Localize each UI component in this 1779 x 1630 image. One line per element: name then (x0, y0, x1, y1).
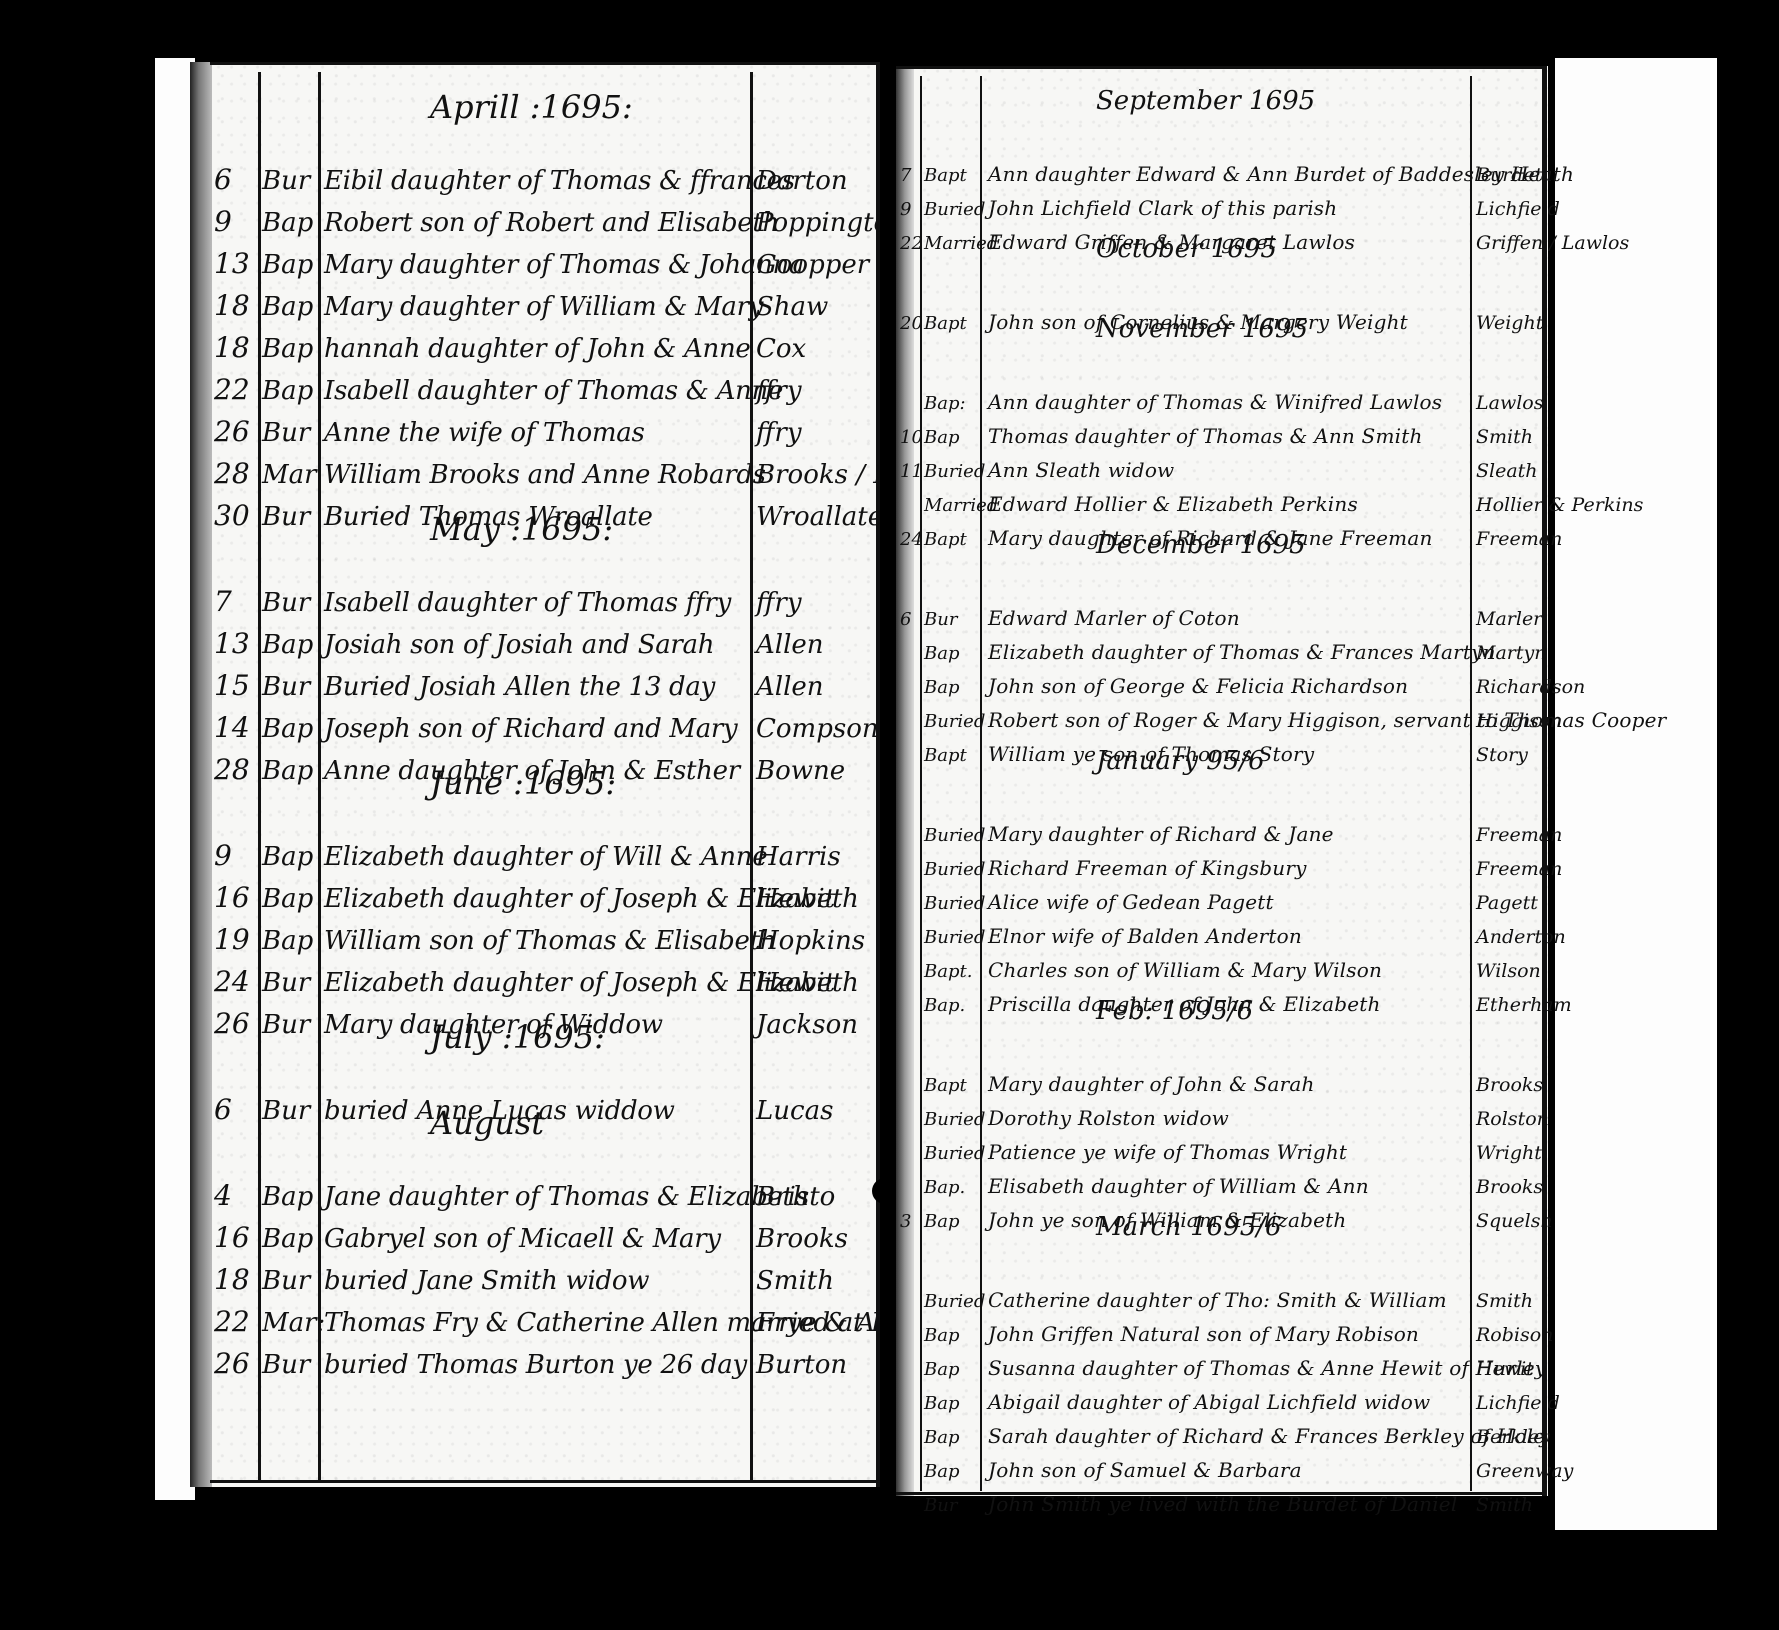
entry-text: buried Thomas Burton ye 26 day (324, 1350, 744, 1380)
register-entry-row: 16BapElizabeth daughter of Joseph & Eliz… (190, 878, 880, 918)
entry-type: Mar (262, 460, 317, 490)
register-entry-row: 13BapJosiah son of Josiah and SarahAllen (190, 624, 880, 664)
entry-surname: Bristo (756, 1182, 835, 1212)
entry-surname: Anderton (1476, 926, 1566, 948)
entry-type: Buried (924, 461, 985, 482)
entry-text: Edward Marler of Coton (988, 606, 1240, 630)
entry-type: Bap (262, 1182, 313, 1212)
entry-text: Josiah son of Josiah and Sarah (324, 630, 714, 660)
entry-type: Buried (924, 825, 985, 846)
entry-type: Bur (262, 968, 310, 998)
entry-type: Bur (262, 672, 310, 702)
entry-type: Bap (262, 884, 313, 914)
entry-text: Sarah daughter of Richard & Frances Berk… (988, 1424, 1468, 1448)
entry-day: 24 (900, 529, 923, 550)
month-heading: January 95/6 (1096, 746, 1265, 776)
entry-type: Bapt (924, 1075, 967, 1096)
entry-type: Bap (924, 1393, 959, 1414)
entry-day: 22 (214, 1305, 250, 1338)
entry-surname: Smith (1476, 426, 1533, 448)
entry-day: 26 (214, 1347, 250, 1380)
entry-surname: Harris (756, 842, 841, 872)
entry-text: Ann daughter Edward & Ann Burdet of Badd… (988, 162, 1468, 186)
entry-type: Bap. (924, 1177, 965, 1198)
entry-type: Bur (262, 166, 310, 196)
entry-type: Bap (262, 1224, 313, 1254)
entry-surname: Hopkins (756, 926, 865, 956)
entry-surname: Martyn (1476, 642, 1546, 664)
entry-text: Elizabeth daughter of Joseph & Elizabeth (324, 968, 744, 998)
entry-day: 13 (214, 247, 250, 280)
entry-type: Bapt (924, 165, 967, 186)
entry-type: Buried (924, 893, 985, 914)
entry-day: 6 (214, 163, 232, 196)
entry-type: Bap (924, 643, 959, 664)
entry-surname: Smith (1476, 1494, 1533, 1516)
book-spine (880, 50, 896, 1500)
month-heading: Feb: 1695/6 (1096, 996, 1253, 1026)
register-entry-row: 14BapJoseph son of Richard and MaryComps… (190, 708, 880, 748)
entry-text: Isabell daughter of Thomas & Anne (324, 376, 744, 406)
entry-type: Bapt. (924, 961, 972, 982)
entry-surname: Lucas (756, 1096, 833, 1126)
entry-text: Mary daughter of Richard & Jane (988, 822, 1334, 846)
entry-type: Bap. (924, 995, 965, 1016)
month-heading: Aprill :1695: (430, 88, 633, 126)
register-entry-row: 18Baphannah daughter of John & AnneCox (190, 328, 880, 368)
register-entry-row: 4BapJane daughter of Thomas & ElizabethB… (190, 1176, 880, 1216)
entry-type: Bap (262, 756, 313, 786)
entry-text: Alice wife of Gedean Pagett (988, 890, 1274, 914)
month-heading: October 1695 (1096, 234, 1277, 264)
entry-surname: Jackson (756, 1010, 858, 1040)
entry-day: 11 (900, 461, 923, 482)
entry-surname: Pagett (1476, 892, 1538, 914)
month-heading: December 1695 (1096, 530, 1306, 560)
entry-text: Robert son of Roger & Mary Higgison, ser… (988, 708, 1468, 732)
entry-surname: Wright (1476, 1142, 1542, 1164)
entry-text: Elizabeth daughter of Joseph & Elizabeth (324, 884, 744, 914)
entry-surname: Allen (756, 672, 824, 702)
entry-surname: Brooks (1476, 1074, 1543, 1096)
entry-type: Bapt (924, 529, 967, 550)
entry-day: 10 (900, 427, 923, 448)
entry-text: Jane daughter of Thomas & Elizabeth (324, 1182, 744, 1212)
entry-text: Robert son of Robert and Elisabeth (324, 208, 744, 238)
entry-surname: Smith (756, 1266, 834, 1296)
register-entry-row: 7BurIsabell daughter of Thomas ffryffry (190, 582, 880, 622)
entry-surname: Bowne (756, 756, 845, 786)
entry-type: Buried (924, 859, 985, 880)
entry-text: Elnor wife of Balden Anderton (988, 924, 1302, 948)
entry-text: Richard Freeman of Kingsbury (988, 856, 1307, 880)
entry-surname: Hollier & Perkins (1476, 494, 1643, 516)
entry-day: 9 (214, 205, 232, 238)
entry-surname: Greenway (1476, 1460, 1573, 1482)
entry-text: John son of George & Felicia Richardson (988, 674, 1408, 698)
entry-type: Bap (924, 1461, 959, 1482)
month-heading: August (430, 1104, 544, 1142)
entry-type: Bur (262, 1010, 310, 1040)
entry-surname: Griffen / Lawlos (1476, 232, 1629, 254)
entry-type: Bap (262, 334, 313, 364)
entry-surname: Freeman (1476, 858, 1562, 880)
register-entry-row: 22BapIsabell daughter of Thomas & Anneff… (190, 370, 880, 410)
entry-type: Mar: (262, 1308, 325, 1338)
month-heading: July :1695: (430, 1018, 605, 1056)
entry-day: 3 (900, 1211, 911, 1232)
entry-surname: Freeman (1476, 528, 1562, 550)
entry-text: Susanna daughter of Thomas & Anne Hewit … (988, 1356, 1468, 1380)
register-entry-row: 13BapMary daughter of Thomas & JohannaGo… (190, 244, 880, 284)
entry-surname: Rolston (1476, 1108, 1549, 1130)
entry-type: Bap (924, 1359, 959, 1380)
entry-type: Buried (924, 927, 985, 948)
entry-text: John Griffen Natural son of Mary Robison (988, 1322, 1419, 1346)
entry-text: Gabryel son of Micaell & Mary (324, 1224, 721, 1254)
entry-text: Edward Hollier & Elizabeth Perkins (988, 492, 1358, 516)
entry-surname: Wilson (1476, 960, 1541, 982)
entry-surname: Higgison (1476, 710, 1562, 732)
entry-text: Anne the wife of Thomas (324, 418, 645, 448)
entry-day: 19 (214, 923, 250, 956)
entry-type: Bap: (924, 393, 966, 414)
entry-day: 26 (214, 1007, 250, 1040)
entry-text: Mary daughter of Thomas & Johanna (324, 250, 744, 280)
entry-day: 14 (214, 711, 250, 744)
binding-thread-knot (872, 1178, 898, 1204)
entry-type: Bap (924, 1427, 959, 1448)
entry-surname: Cox (756, 334, 806, 364)
entry-text: hannah daughter of John & Anne (324, 334, 744, 364)
register-entry-row: 24BurElizabeth daughter of Joseph & Eliz… (190, 962, 880, 1002)
register-entry-row: 18BapMary daughter of William & MaryShaw (190, 286, 880, 326)
entry-surname: Brooks (1476, 1176, 1543, 1198)
entry-surname: Hewit (756, 968, 835, 998)
entry-surname: Story (1476, 744, 1528, 766)
entry-type: Buried (924, 711, 985, 732)
entry-surname: Squelsh (1476, 1210, 1553, 1232)
entry-type: Bur (924, 609, 957, 630)
entry-surname: Lichfield (1476, 1392, 1560, 1414)
entry-day: 22 (214, 373, 250, 406)
entry-day: 20 (900, 313, 923, 334)
entry-type: Bap (262, 630, 313, 660)
month-heading: May :1695: (430, 510, 613, 548)
register-entry-row: BurJohn Smith ye lived with the Burdet o… (896, 1480, 1548, 1520)
register-entry-row: 6BurEibil daughter of Thomas & ffrancesD… (190, 160, 880, 200)
month-heading: June :1695: (430, 764, 616, 802)
entry-surname: Goopper (756, 250, 869, 280)
month-heading: March 1695/6 (1096, 1212, 1282, 1242)
entry-text: Joseph son of Richard and Mary (324, 714, 737, 744)
entry-text: Catherine daughter of Tho: Smith & Willi… (988, 1288, 1447, 1312)
entry-type: Bap (262, 292, 313, 322)
entry-type: Buried (924, 1109, 985, 1130)
register-entry-row: 18Burburied Jane Smith widowSmith (190, 1260, 880, 1300)
entry-type: Bur (262, 588, 310, 618)
entry-day: 6 (900, 609, 911, 630)
entry-type: Bap (924, 677, 959, 698)
entry-day: 9 (900, 199, 911, 220)
entry-surname: ffry (756, 588, 802, 618)
entry-type: Bur (262, 502, 310, 532)
entry-day: 9 (214, 839, 232, 872)
entry-text: William son of Thomas & Elisabeth (324, 926, 744, 956)
entry-day: 28 (214, 457, 250, 490)
entry-type: Bap (924, 1325, 959, 1346)
rule-left-page-bottom (210, 1480, 880, 1483)
entry-surname: Allen (756, 630, 824, 660)
entry-day: 7 (900, 165, 911, 186)
entry-day: 16 (214, 1221, 250, 1254)
entry-surname: Burton (756, 1350, 847, 1380)
right-paper-edge (1555, 58, 1717, 1530)
register-entry-row: 19BapWilliam son of Thomas & ElisabethHo… (190, 920, 880, 960)
entry-text: Elizabeth daughter of Thomas & Frances M… (988, 640, 1468, 664)
entry-surname: Darton (756, 166, 848, 196)
entry-text: Dorothy Rolston widow (988, 1106, 1229, 1130)
entry-day: 4 (214, 1179, 232, 1212)
register-entry-row: 26Burburied Thomas Burton ye 26 dayBurto… (190, 1344, 880, 1384)
entry-text: Isabell daughter of Thomas ffry (324, 588, 731, 618)
entry-type: Bap (262, 250, 313, 280)
entry-day: 18 (214, 1263, 250, 1296)
entry-day: 26 (214, 415, 250, 448)
entry-day: 30 (214, 499, 250, 532)
entry-text: Ann daughter of Thomas & Winifred Lawlos (988, 390, 1442, 414)
entry-text: John son of Samuel & Barbara (988, 1458, 1302, 1482)
entry-type: Buried (924, 1143, 985, 1164)
entry-type: Buried (924, 199, 985, 220)
entry-day: 28 (214, 753, 250, 786)
register-entry-row: 15BurBuried Josiah Allen the 13 dayAllen (190, 666, 880, 706)
right-register-page: September 16957BaptAnn daughter Edward &… (896, 66, 1548, 1496)
entry-surname: Lichfield (1476, 198, 1560, 220)
rule-left-page-top (210, 62, 880, 65)
register-entry-row: 16BapGabryel son of Micaell & MaryBrooks (190, 1218, 880, 1258)
entry-text: Mary daughter of William & Mary (324, 292, 744, 322)
entry-surname: Brooks (756, 1224, 848, 1254)
entry-text: Ann Sleath widow (988, 458, 1174, 482)
entry-surname: Lawlos (1476, 392, 1543, 414)
entry-day: 7 (214, 585, 232, 618)
entry-type: Bapt (924, 313, 967, 334)
entry-day: 22 (900, 233, 923, 254)
register-entry-row: 9BapElizabeth daughter of Will & AnneHar… (190, 836, 880, 876)
entry-text: Elizabeth daughter of Will & Anne (324, 842, 744, 872)
entry-text: John Lichfield Clark of this parish (988, 196, 1337, 220)
entry-text: Patience ye wife of Thomas Wright (988, 1140, 1347, 1164)
entry-surname: Wroallate (756, 502, 883, 532)
entry-text: Buried Josiah Allen the 13 day (324, 672, 715, 702)
entry-text: William Brooks and Anne Robards (324, 460, 744, 490)
entry-text: Elisabeth daughter of William & Ann (988, 1174, 1369, 1198)
entry-type: Bur (924, 1495, 957, 1516)
entry-type: Bap (924, 427, 959, 448)
entry-day: 15 (214, 669, 250, 702)
entry-type: Bap (262, 208, 313, 238)
entry-text: Eibil daughter of Thomas & ffrances (324, 166, 744, 196)
rule-right-page-top (896, 66, 1546, 69)
entry-day: 24 (214, 965, 250, 998)
entry-text: Charles son of William & Mary Wilson (988, 958, 1382, 982)
entry-surname: Hewit (756, 884, 835, 914)
entry-day: 18 (214, 289, 250, 322)
entry-text: John Smith ye lived with the Burdet of D… (988, 1492, 1457, 1516)
entry-type: Bap (262, 376, 313, 406)
entry-surname: Berkley (1476, 1426, 1550, 1448)
entry-text: Thomas Fry & Catherine Allen married at … (324, 1308, 744, 1338)
entry-surname: Robison (1476, 1324, 1553, 1346)
entry-surname: Marler (1476, 608, 1542, 630)
entry-day: 13 (214, 627, 250, 660)
month-heading: September 1695 (1096, 86, 1315, 116)
entry-type: Bapt (924, 745, 967, 766)
entry-surname: ffry (756, 418, 802, 448)
entry-day: 6 (214, 1093, 232, 1126)
entry-surname: Freeman (1476, 824, 1562, 846)
left-paper-edge (155, 58, 195, 1500)
entry-text: buried Jane Smith widow (324, 1266, 649, 1296)
entry-day: 18 (214, 331, 250, 364)
entry-surname: Weight (1476, 312, 1543, 334)
entry-surname: Burdet (1476, 164, 1542, 186)
register-entry-row: 26BurAnne the wife of Thomasffry (190, 412, 880, 452)
entry-type: Bap (262, 714, 313, 744)
entry-text: Thomas daughter of Thomas & Ann Smith (988, 424, 1423, 448)
entry-type: Bur (262, 1096, 310, 1126)
entry-type: Bap (924, 1211, 959, 1232)
entry-day: 16 (214, 881, 250, 914)
entry-type: Bur (262, 1350, 310, 1380)
entry-text: Mary daughter of John & Sarah (988, 1072, 1315, 1096)
entry-type: Bap (262, 926, 313, 956)
entry-surname: Hewit (1476, 1358, 1534, 1380)
entry-surname: Compson (756, 714, 879, 744)
entry-surname: Shaw (756, 292, 828, 322)
entry-type: Buried (924, 1291, 985, 1312)
entry-surname: ffry (756, 376, 802, 406)
entry-surname: Etherham (1476, 994, 1572, 1016)
entry-type: Bur (262, 1266, 310, 1296)
left-register-page: Aprill :1695:6BurEibil daughter of Thoma… (190, 62, 880, 1487)
register-entry-row: 28MarWilliam Brooks and Anne RobardsBroo… (190, 454, 880, 494)
entry-type: Bur (262, 418, 310, 448)
entry-surname: Smith (1476, 1290, 1533, 1312)
entry-surname: Sleath (1476, 460, 1538, 482)
month-heading: November 1695 (1096, 314, 1308, 344)
entry-surname: Richardson (1476, 676, 1585, 698)
entry-type: Bap (262, 842, 313, 872)
register-entry-row: 9BapRobert son of Robert and ElisabethPo… (190, 202, 880, 242)
entry-text: Abigail daughter of Abigal Lichfield wid… (988, 1390, 1430, 1414)
register-entry-row: 22Mar:Thomas Fry & Catherine Allen marri… (190, 1302, 880, 1342)
